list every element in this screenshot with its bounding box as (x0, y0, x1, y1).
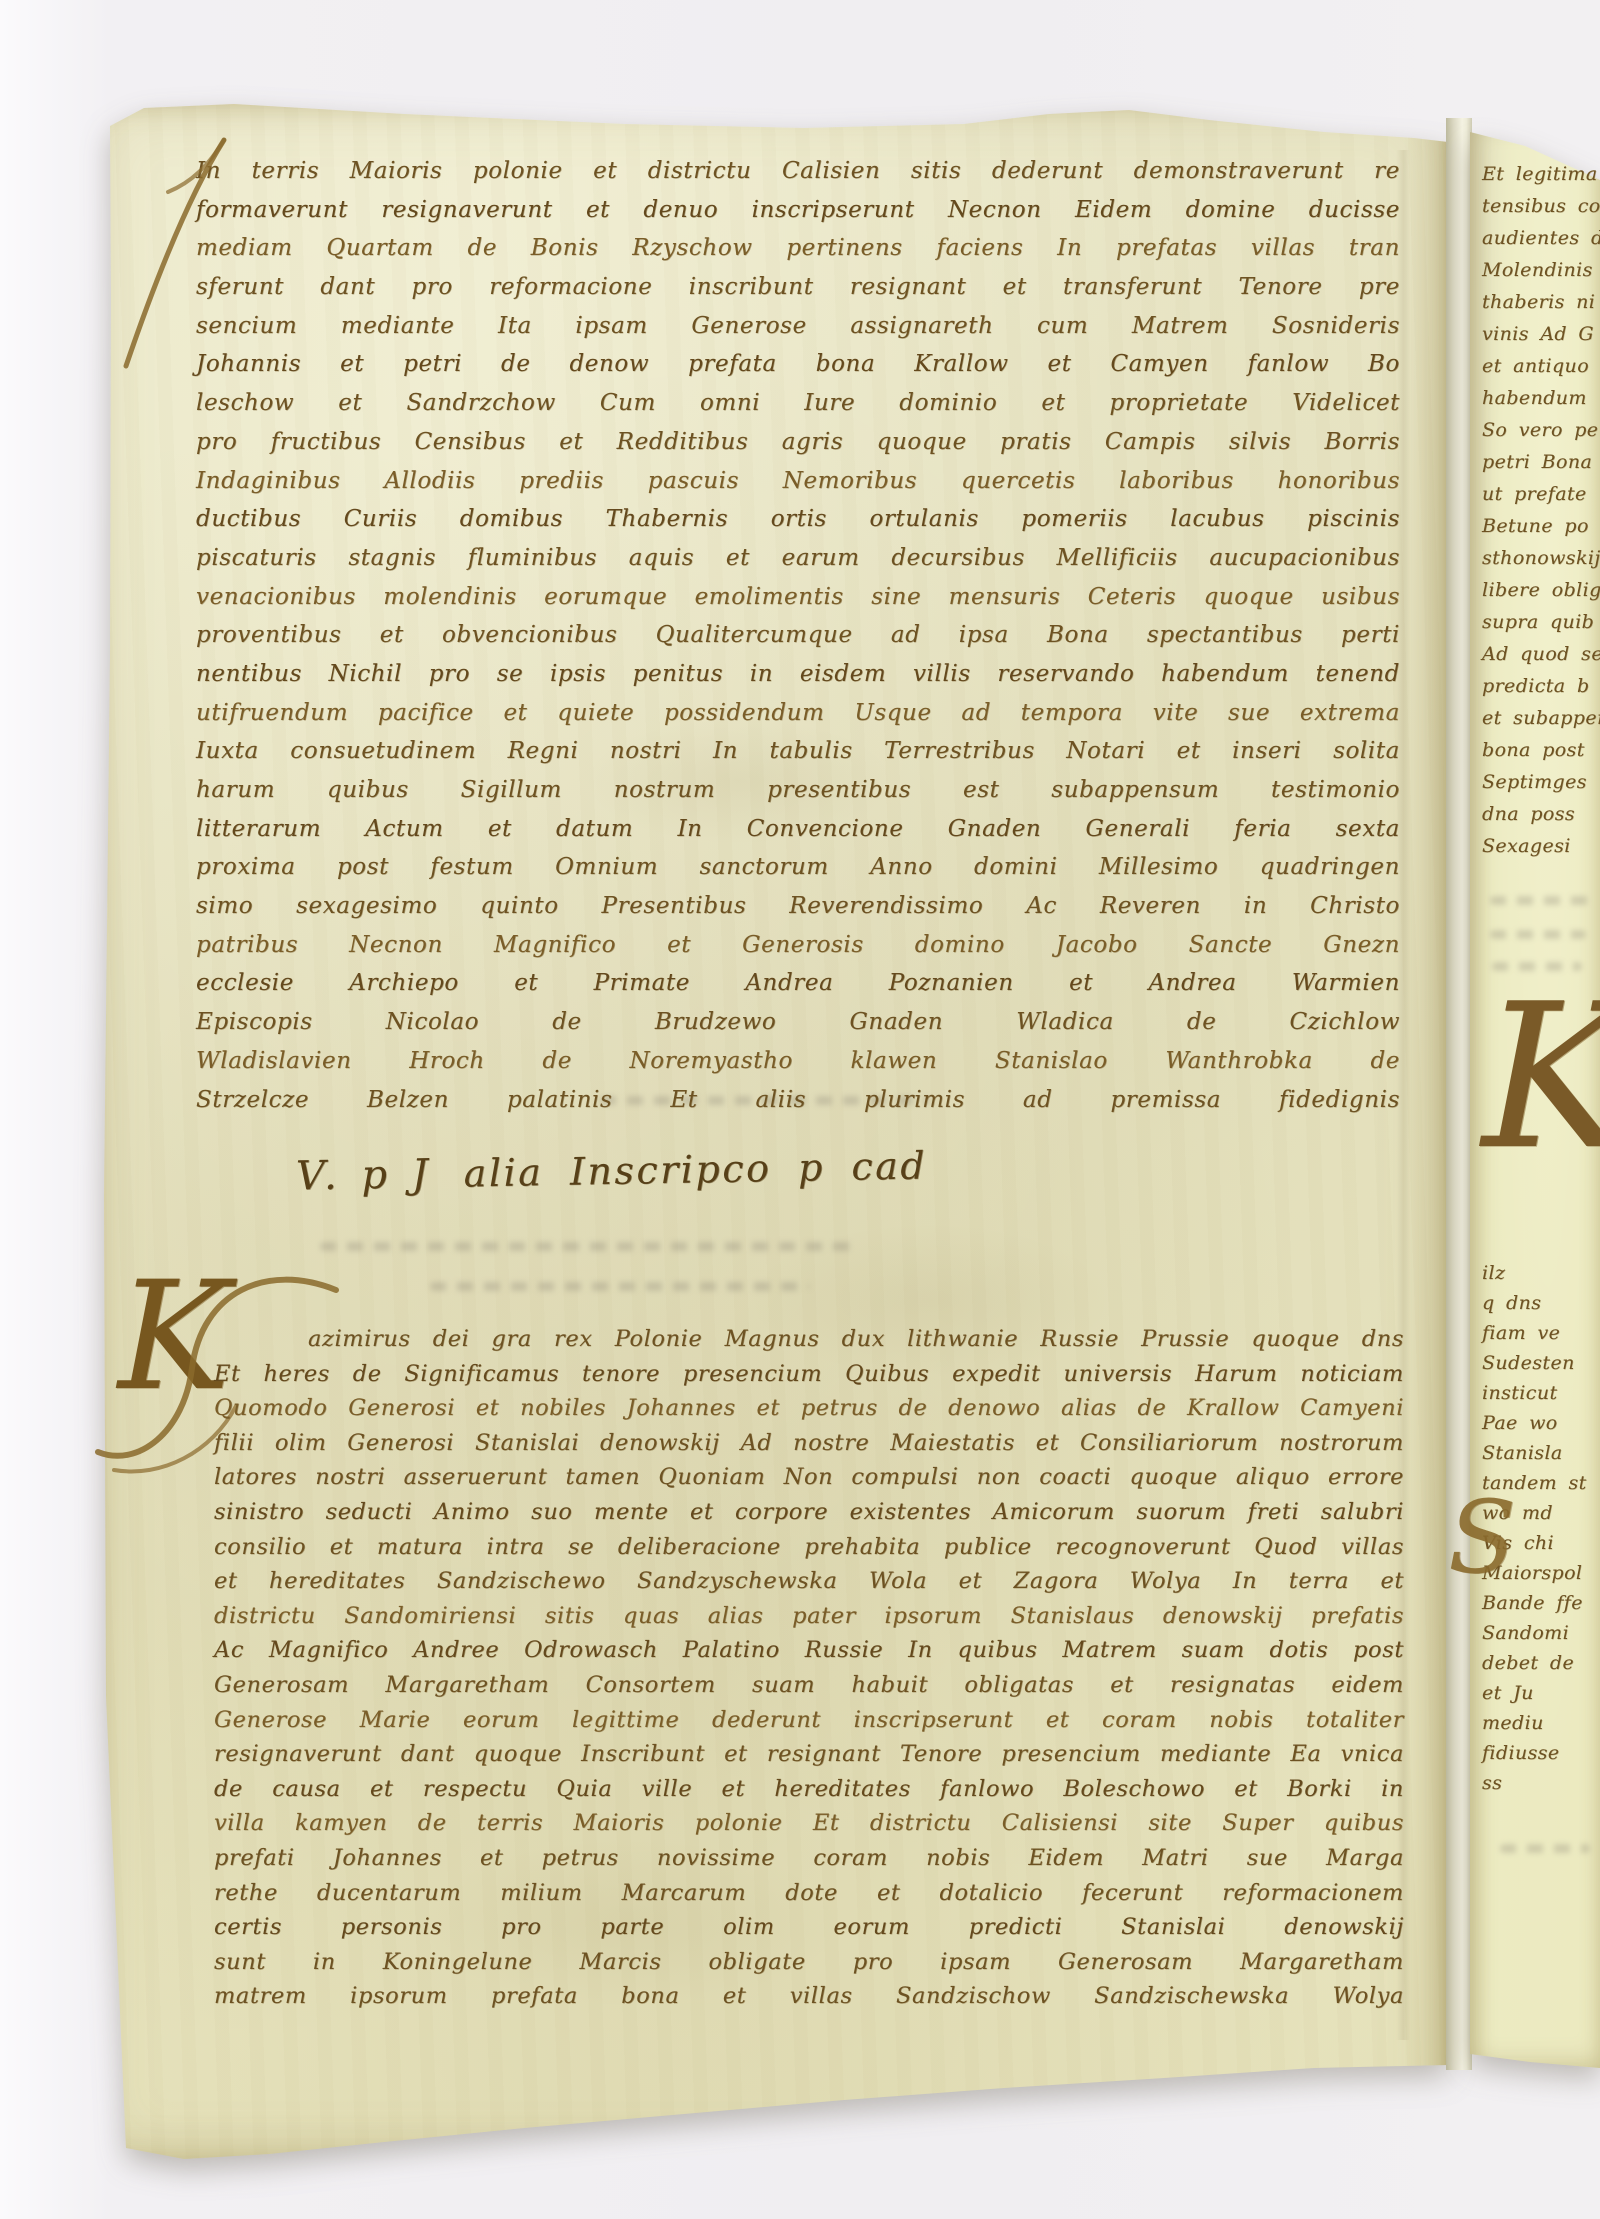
manuscript-line: rethe ducentarum milium Marcarum dote et… (214, 1876, 1404, 1911)
manuscript-line: In terris Maioris polonie et districtu C… (196, 152, 1400, 191)
manuscript-line-fragment: Betune po (1482, 510, 1600, 542)
manuscript-line: sinistro seducti Animo suo mente et corp… (214, 1495, 1404, 1530)
heading-text: alia Inscripco p cad (463, 1143, 927, 1195)
manuscript-line-fragment: q dns (1482, 1288, 1600, 1318)
manuscript-line: harum quibus Sigillum nostrum presentibu… (196, 771, 1400, 810)
manuscript-line: leschow et Sandrzchow Cum omni Iure domi… (196, 384, 1400, 423)
ghost-showthrough (1490, 896, 1590, 905)
manuscript-line: de causa et respectu Quia ville et hered… (214, 1772, 1404, 1807)
manuscript-line-fragment: bona post (1482, 734, 1600, 766)
manuscript-line: matrem ipsorum prefata bona et villas Sa… (214, 1979, 1404, 2014)
manuscript-line: Wladislavien Hroch de Noremyastho klawen… (196, 1042, 1400, 1081)
manuscript-line-fragment: Stanisla (1482, 1438, 1600, 1468)
fragment-column-top: Et legitimatensibus colaudientes dnMolen… (1482, 158, 1600, 862)
manuscript-line: Et heres de Significamus tenore presenci… (214, 1357, 1404, 1392)
manuscript-line-fragment: Ad quod se (1482, 638, 1600, 670)
manuscript-line-fragment: fidiusse (1482, 1738, 1600, 1768)
manuscript-line-fragment: petri Bona (1482, 446, 1600, 478)
manuscript-line: Strzelcze Belzen palatinis Et aliis plur… (196, 1081, 1400, 1120)
manuscript-line: piscaturis stagnis fluminibus aquis et e… (196, 539, 1400, 578)
manuscript-line: Quomodo Generosi et nobiles Johannes et … (214, 1391, 1404, 1426)
ghost-showthrough (1490, 930, 1586, 939)
manuscript-line: consilio et matura intra se deliberacion… (214, 1530, 1404, 1565)
manuscript-line: venacionibus molendinis eorumque emolime… (196, 578, 1400, 617)
manuscript-line: latores nostri asseruerunt tamen Quoniam… (214, 1460, 1404, 1495)
manuscript-line-fragment: et subappen (1482, 702, 1600, 734)
manuscript-line-fragment: Sandomi (1482, 1618, 1600, 1648)
manuscript-line-fragment: audientes dn (1482, 222, 1600, 254)
manuscript-line: azimirus dei gra rex Polonie Magnus dux … (214, 1322, 1404, 1357)
manuscript-line: utifruendum pacifice et quiete possidend… (196, 694, 1400, 733)
manuscript-line: sunt in Koningelune Marcis obligate pro … (214, 1945, 1404, 1980)
manuscript-line: districtu Sandomiriensi sitis quas alias… (214, 1599, 1404, 1634)
manuscript-line-fragment: sthonowskij (1482, 542, 1600, 574)
ghost-showthrough (430, 1282, 810, 1291)
manuscript-line-fragment: ss (1482, 1768, 1600, 1798)
ghost-showthrough (1500, 1844, 1590, 1853)
manuscript-line-fragment: tensibus col (1482, 190, 1600, 222)
manuscript-line-fragment: ilz (1482, 1258, 1600, 1288)
manuscript-line: Ac Magnifico Andree Odrowasch Palatino R… (214, 1633, 1404, 1668)
manuscript-line: litterarum Actum et datum In Convencione… (196, 810, 1400, 849)
manuscript-line-fragment: So vero pe (1482, 414, 1600, 446)
manuscript-line: Indaginibus Allodiis prediis pascuis Nem… (196, 462, 1400, 501)
manuscript-line: simo sexagesimo quinto Presentibus Rever… (196, 887, 1400, 926)
right-page-initial-K: K (1482, 978, 1600, 1178)
manuscript-line-fragment: insticut (1482, 1378, 1600, 1408)
manuscript-line-fragment: et antiquo (1482, 350, 1600, 382)
manuscript-line-fragment: Et legitima (1482, 158, 1600, 190)
manuscript-line-fragment: vinis Ad G (1482, 318, 1600, 350)
manuscript-line: Episcopis Nicolao de Brudzewo Gnaden Wla… (196, 1003, 1400, 1042)
manuscript-line: certis personis pro parte olim eorum pre… (214, 1910, 1404, 1945)
manuscript-line-fragment: supra quib (1482, 606, 1600, 638)
manuscript-line: ecclesie Archiepo et Primate Andrea Pozn… (196, 964, 1400, 1003)
manuscript-line: mediam Quartam de Bonis Rzyschow pertine… (196, 229, 1400, 268)
manuscript-line: et hereditates Sandzischewo Sandzyschews… (214, 1564, 1404, 1599)
manuscript-line-fragment: mediu (1482, 1708, 1600, 1738)
manuscript-line: resignaverunt dant quoque Inscribunt et … (214, 1737, 1404, 1772)
manuscript-line: pro fructibus Censibus et Redditibus agr… (196, 423, 1400, 462)
manuscript-line: ductibus Curiis domibus Thabernis ortis … (196, 500, 1400, 539)
manuscript-line: villa kamyen de terris Maioris polonie E… (214, 1806, 1404, 1841)
manuscript-line-fragment: ut prefate (1482, 478, 1600, 510)
manuscript-line: formaverunt resignaverunt et denuo inscr… (196, 191, 1400, 230)
manuscript-line-fragment: dna poss (1482, 798, 1600, 830)
manuscript-line-fragment: Molendinis (1482, 254, 1600, 286)
text-block-2: azimirus dei gra rex Polonie Magnus dux … (214, 1322, 1404, 2014)
text-block-1: In terris Maioris polonie et districtu C… (196, 152, 1400, 1119)
manuscript-line: proventibus et obvencionibus Qualitercum… (196, 616, 1400, 655)
manuscript-line: Iuxta consuetudinem Regni nostri In tabu… (196, 732, 1400, 771)
manuscript-line-fragment: thaberis ni (1482, 286, 1600, 318)
manuscript-line: sencium mediante Ita ipsam Generose assi… (196, 307, 1400, 346)
manuscript-line: sferunt dant pro reformacione inscribunt… (196, 268, 1400, 307)
manuscript-line-fragment: libere obligat (1482, 574, 1600, 606)
manuscript-line-fragment: habendum (1482, 382, 1600, 414)
manuscript-line-fragment: Septimges (1482, 766, 1600, 798)
manuscript-line-fragment: debet de (1482, 1648, 1600, 1678)
manuscript-line: prefati Johannes et petrus novissime cor… (214, 1841, 1404, 1876)
manuscript-line-fragment: Sexagesi (1482, 830, 1600, 862)
manuscript-line: Generose Marie eorum legittime dederunt … (214, 1703, 1404, 1738)
manuscript-line-fragment: Pae wo (1482, 1408, 1600, 1438)
manuscript-line: filii olim Generosi Stanislai denowskij … (214, 1426, 1404, 1461)
manuscript-line-fragment: predicta b (1482, 670, 1600, 702)
right-page-initial-flourish: S (1448, 1488, 1517, 1588)
manuscript-line: Johannis et petri de denow prefata bona … (196, 345, 1400, 384)
manuscript-line-fragment: et Ju (1482, 1678, 1600, 1708)
manuscript-line: Generosam Margaretham Consortem suam hab… (214, 1668, 1404, 1703)
manuscript-line: proxima post festum Omnium sanctorum Ann… (196, 848, 1400, 887)
manuscript-line-fragment: fiam ve (1482, 1318, 1600, 1348)
heading-marginalia: V. p J (296, 1151, 434, 1199)
manuscript-line: nentibus Nichil pro se ipsis penitus in … (196, 655, 1400, 694)
ghost-showthrough (320, 1242, 860, 1251)
manuscript-line-fragment: Sudesten (1482, 1348, 1600, 1378)
manuscript-line: patribus Necnon Magnifico et Generosis d… (196, 926, 1400, 965)
